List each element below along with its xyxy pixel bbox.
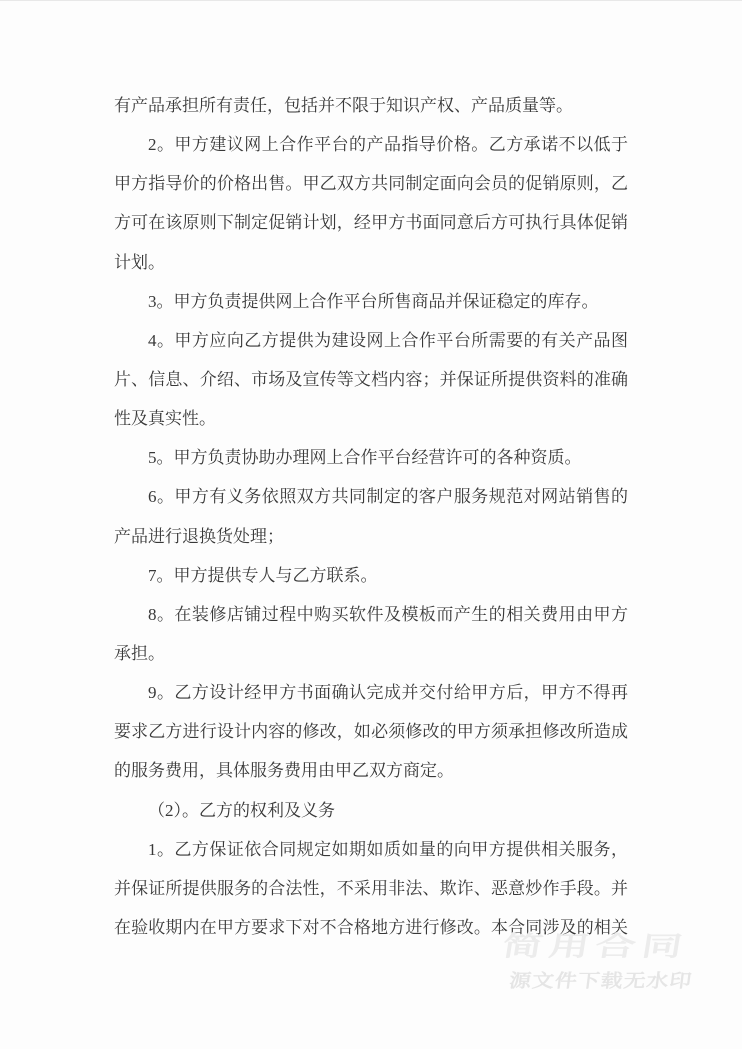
text-line: 片、信息、介绍、市场及宣传等文档内容；并保证所提供资料的准确 xyxy=(114,360,628,399)
text-line: 性及真实性。 xyxy=(114,399,628,438)
text-line: 要求乙方进行设计内容的修改，如必须修改的甲方须承担修改所造成 xyxy=(114,712,628,751)
watermark-subtitle: 源文件下载无水印 xyxy=(508,967,694,993)
document-page: 有产品承担所有责任，包括并不限于知识产权、产品质量等。2。甲方建议网上合作平台的… xyxy=(0,0,742,1049)
text-line: 计划。 xyxy=(114,243,628,282)
text-line: 8。在装修店铺过程中购买软件及模板而产生的相关费用由甲方 xyxy=(114,595,628,634)
contract-text-block: 有产品承担所有责任，包括并不限于知识产权、产品质量等。2。甲方建议网上合作平台的… xyxy=(114,86,628,947)
text-line: 甲方指导价的价格出售。甲乙双方共同制定面向会员的促销原则，乙 xyxy=(114,164,628,203)
text-line: 有产品承担所有责任，包括并不限于知识产权、产品质量等。 xyxy=(114,86,628,125)
text-line: 产品进行退换货处理； xyxy=(114,517,628,556)
text-line: 方可在该原则下制定促销计划，经甲方书面同意后方可执行具体促销 xyxy=(114,203,628,242)
text-line: 5。甲方负责协助办理网上合作平台经营许可的各种资质。 xyxy=(114,438,628,477)
text-line: 在验收期内在甲方要求下对不合格地方进行修改。本合同涉及的相关 xyxy=(114,908,628,947)
text-line: 3。甲方负责提供网上合作平台所售商品并保证稳定的库存。 xyxy=(114,282,628,321)
text-line: （2）。乙方的权利及义务 xyxy=(114,791,628,830)
text-line: 6。甲方有义务依照双方共同制定的客户服务规范对网站销售的 xyxy=(114,477,628,516)
text-line: 2。甲方建议网上合作平台的产品指导价格。乙方承诺不以低于 xyxy=(114,125,628,164)
text-line: 并保证所提供服务的合法性，不采用非法、欺诈、恶意炒作手段。并 xyxy=(114,869,628,908)
text-line: 承担。 xyxy=(114,634,628,673)
text-line: 7。甲方提供专人与乙方联系。 xyxy=(114,556,628,595)
text-line: 9。乙方设计经甲方书面确认完成并交付给甲方后，甲方不得再 xyxy=(114,673,628,712)
text-line: 4。甲方应向乙方提供为建设网上合作平台所需要的有关产品图 xyxy=(114,321,628,360)
text-line: 1。乙方保证依合同规定如期如质如量的向甲方提供相关服务， xyxy=(114,830,628,869)
text-line: 的服务费用，具体服务费用由甲乙双方商定。 xyxy=(114,751,628,790)
